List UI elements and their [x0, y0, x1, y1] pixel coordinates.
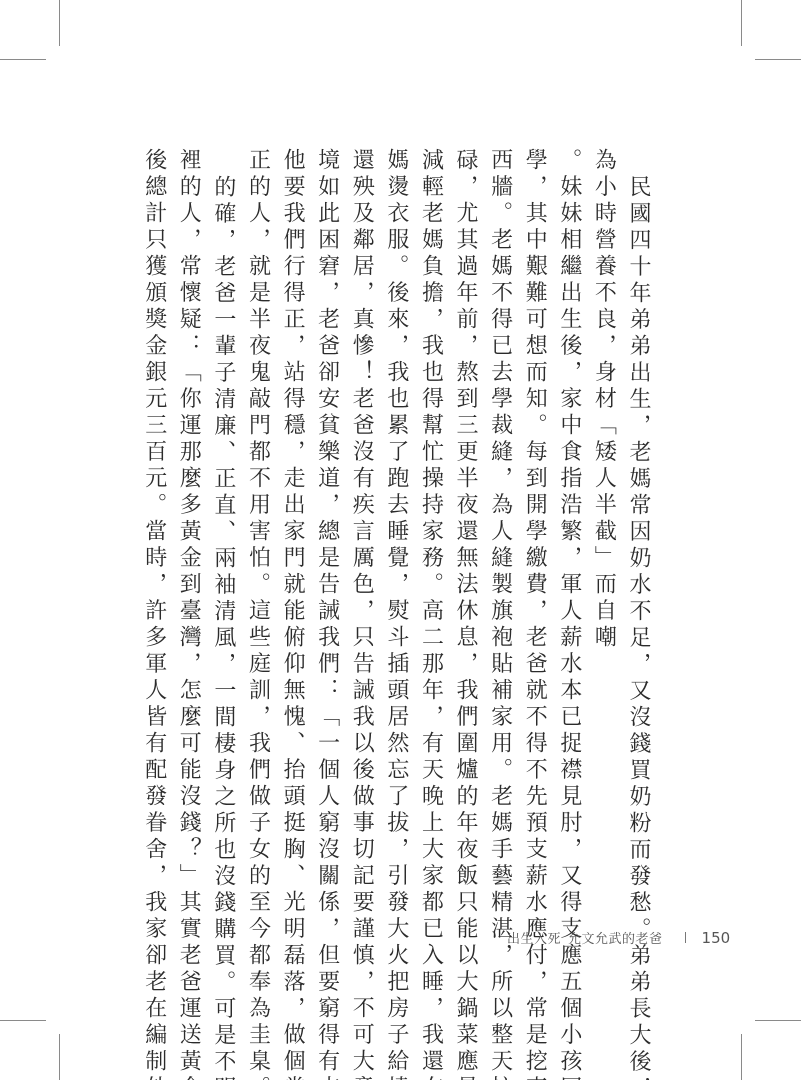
crop-mark-top-right-vertical: [741, 0, 742, 46]
text-column: 碌，尤其過年前，熬到三更半夜還無法休息，我們圍爐的年夜飯只能以大鍋菜應景。為: [447, 148, 482, 870]
text-column: 西牆。老媽不得已去學裁縫，為人縫製旗袍貼補家用。老媽手藝精湛，所以整天忙忙碌: [482, 148, 517, 870]
text-column: 的確，老爸一輩子清廉、正直、兩袖清風，一間棲身之所也沒錢購買。可是不明就: [205, 148, 240, 870]
crop-mark-bottom-right-horizontal: [755, 1020, 801, 1021]
footer-separator: [685, 932, 686, 943]
text-column: 後總計只獲頒獎金銀元三百元。當時，許多軍人皆有配發眷舍，我家卻老在編制外。老: [136, 148, 171, 870]
crop-mark-bottom-right-vertical: [741, 1034, 742, 1080]
text-column: 正的人，就是半夜鬼敲門都不用害怕。這些庭訓，我們做子女的至今都奉為圭臬。: [240, 148, 275, 870]
running-footer: 出生入死 允文允武的老爸 150: [507, 928, 730, 947]
running-title: 出生入死: [507, 928, 561, 947]
text-column: 還殃及鄰居，真慘！老爸沒有疾言厲色，只告誡我以後做事切記要謹慎，不可大意！家: [344, 148, 379, 870]
crop-mark-bottom-left-vertical: [59, 1034, 60, 1080]
text-column: 他要我們行得正，站得穩，走出家門就能俯仰無愧、抬頭挺胸、光明磊落，做個堂堂正: [274, 148, 309, 870]
text-column: 媽燙衣服。後來，我也累了跑去睡覺，熨斗插頭居然忘了拔，引發大火把房子給燒了，: [378, 148, 413, 870]
page-number: 150: [702, 929, 731, 947]
crop-mark-top-left-vertical: [59, 0, 60, 46]
crop-mark-top-left-horizontal: [0, 59, 46, 60]
crop-mark-bottom-left-horizontal: [0, 1020, 46, 1021]
text-column: 為小時營養不良，身材「矮人半截」而自嘲: [586, 148, 621, 870]
text-column: 民國四十年弟弟出生，老媽常因奶水不足，又沒錢買奶粉而發愁。弟弟長大後，常: [620, 148, 655, 870]
text-column: 減輕老媽負擔，我也得幫忙操持家務。高二那年，有天晚上大家都已入睡，我還在幫老: [413, 148, 448, 870]
text-column: 裡的人，常懷疑：「你運那麼多黃金到臺灣，怎麼可能沒錢？」其實老爸運送黃金，前: [171, 148, 206, 870]
text-column: 學，其中艱難可想而知。每到開學繳費，老爸就不得不先預支薪水應付，常是挖東牆補: [517, 148, 552, 870]
text-column: 。妹妹相繼出生後，家中食指浩繁，軍人薪水本已捉襟見肘，又得支應五個小孩同時上: [551, 148, 586, 870]
text-column: 境如此困窘，老爸卻安貧樂道，總是告誡我們：「一個人窮沒關係，但要窮得有志氣。」: [309, 148, 344, 870]
crop-mark-top-right-horizontal: [755, 59, 801, 60]
body-text: 民國四十年弟弟出生，老媽常因奶水不足，又沒錢買奶粉而發愁。弟弟長大後，常 為小時…: [136, 148, 655, 870]
running-subtitle: 允文允武的老爸: [568, 928, 663, 947]
